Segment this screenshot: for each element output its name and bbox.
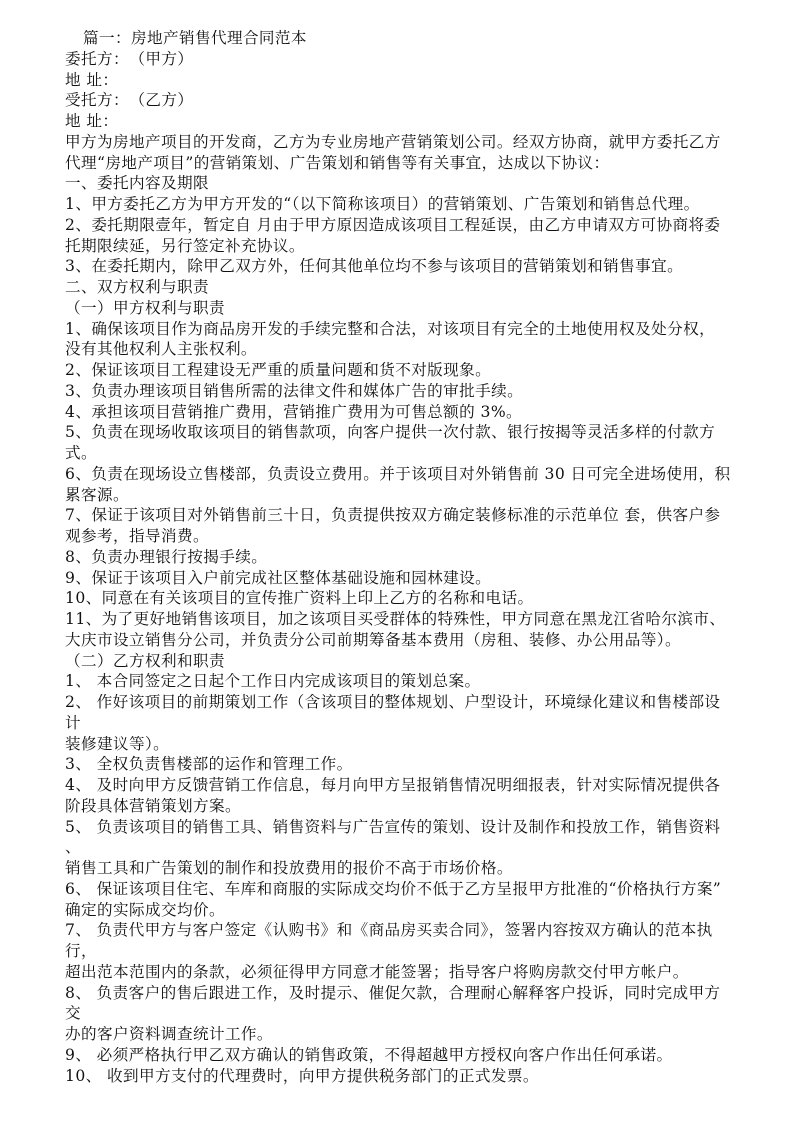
clause-line: 7、保证于该项目对外销售前三十日，负责提供按双方确定装修标准的示范单位 套，供客… — [65, 505, 730, 526]
clause-line: 3、负责办理该项目销售所需的法律文件和媒体广告的审批手续。 — [65, 381, 730, 402]
clause-line: 4、承担该项目营销推广费用，营销推广费用为可售总额的 3%。 — [65, 402, 730, 423]
clause-line: 8、负责办理银行按揭手续。 — [65, 547, 730, 568]
preamble-line: 甲方为房地产项目的开发商，乙方为专业房地产营销策划公司。经双方协商，就甲方委托乙… — [65, 132, 730, 153]
clause-line: 3、在委托期内，除甲乙双方外，任何其他单位均不参与该项目的营销策划和销售事宜。 — [65, 256, 730, 277]
clause-line: 5、 负责该项目的销售工具、销售资料与广告宣传的策划、设计及制作和投放工作，销售… — [65, 817, 730, 838]
clause-line: 行， — [65, 941, 730, 962]
clause-line: 销售工具和广告策划的制作和投放费用的报价不高于市场价格。 — [65, 858, 730, 879]
clause-line: 1、甲方委托乙方为甲方开发的“（以下简称该项目）的营销策划、广告策划和销售总代理… — [65, 194, 730, 215]
clause-line: 9、 必须严格执行甲乙双方确认的销售政策，不得超越甲方授权向客户作出任何承诺。 — [65, 1045, 730, 1066]
clause-line: 2、 作好该项目的前期策划工作（含该项目的整体规划、户型设计，环境绿化建议和售楼… — [65, 692, 730, 713]
clause-line: 10、同意在有关该项目的宣传推广资料上印上乙方的名称和电话。 — [65, 588, 730, 609]
clause-line: 6、 保证该项目住宅、车库和商服的实际成交均价不低于乙方呈报甲方批准的“价格执行… — [65, 879, 730, 900]
clause-line: 式。 — [65, 443, 730, 464]
clause-line: 累客源。 — [65, 485, 730, 506]
clause-line: 办的客户资料调查统计工作。 — [65, 1024, 730, 1045]
clause-line: 5、负责在现场收取该项目的销售款项，向客户提供一次付款、银行按揭等灵活多样的付款… — [65, 422, 730, 443]
clause-line: 没有其他权利人主张权利。 — [65, 339, 730, 360]
clause-line: 4、 及时向甲方反馈营销工作信息，每月向甲方呈报销售情况明细报表，针对实际情况提… — [65, 775, 730, 796]
clause-line: 托期限续延，另行签定补充协议。 — [65, 236, 730, 257]
clause-line: 装修建议等）。 — [65, 734, 730, 755]
party-b-label: 受托方： （乙方） — [65, 90, 730, 111]
clause-line: 2、保证该项目工程建设无严重的质量问题和货不对版现象。 — [65, 360, 730, 381]
clause-line: 2、委托期限壹年，暂定自 月由于甲方原因造成该项目工程延误，由乙方申请双方可协商… — [65, 215, 730, 236]
section-heading: 一、委托内容及期限 — [65, 173, 730, 194]
party-b-address: 地 址： — [65, 111, 730, 132]
party-a-label: 委托方： （甲方） — [65, 49, 730, 70]
document-title: 篇一：房地产销售代理合同范本 — [65, 28, 730, 49]
clause-line: 10、 收到甲方支付的代理费时，向甲方提供税务部门的正式发票。 — [65, 1066, 730, 1087]
document-page: 篇一：房地产销售代理合同范本 委托方： （甲方） 地 址： 受托方： （乙方） … — [65, 28, 730, 1086]
clause-line: 阶段具体营销策划方案。 — [65, 796, 730, 817]
clause-line: 超出范本范围内的条款，必须征得甲方同意才能签署；指导客户将购房款交付甲方帐户。 — [65, 962, 730, 983]
clause-line: 9、保证于该项目入户前完成社区整体基础设施和园林建设。 — [65, 568, 730, 589]
clause-line: 确定的实际成交均价。 — [65, 900, 730, 921]
clause-line: 8、 负责客户的售后跟进工作，及时提示、催促欠款，合理耐心解释客户投诉，同时完成… — [65, 983, 730, 1004]
clause-line: 1、 本合同签定之日起个工作日内完成该项目的策划总案。 — [65, 671, 730, 692]
section-heading: 二、双方权利与职责 — [65, 277, 730, 298]
clause-line: 大庆市设立销售分公司，并负责分公司前期筹备基本费用（房租、装修、办公用品等）。 — [65, 630, 730, 651]
preamble-line: 代理“房地产项目”的营销策划、广告策划和销售等有关事宜，达成以下协议： — [65, 153, 730, 174]
clause-line: 11、为了更好地销售该项目，加之该项目买受群体的特殊性，甲方同意在黑龙江省哈尔滨… — [65, 609, 730, 630]
clause-line: 交 — [65, 1003, 730, 1024]
clause-line: 7、 负责代甲方与客户签定《认购书》和《商品房买卖合同》，签署内容按双方确认的范… — [65, 920, 730, 941]
clause-line: 6、负责在现场设立售楼部，负责设立费用。并于该项目对外销售前 30 日可完全进场… — [65, 464, 730, 485]
subsection-heading: （一）甲方权利与职责 — [65, 298, 730, 319]
party-a-address: 地 址： — [65, 70, 730, 91]
clause-line: 观参考，指导消费。 — [65, 526, 730, 547]
clause-line: 、 — [65, 837, 730, 858]
clause-line: 3、 全权负责售楼部的运作和管理工作。 — [65, 754, 730, 775]
clause-line: 1、确保该项目作为商品房开发的手续完整和合法，对该项目有完全的土地使用权及处分权… — [65, 319, 730, 340]
subsection-heading: （二）乙方权利和职责 — [65, 651, 730, 672]
clause-line: 计 — [65, 713, 730, 734]
